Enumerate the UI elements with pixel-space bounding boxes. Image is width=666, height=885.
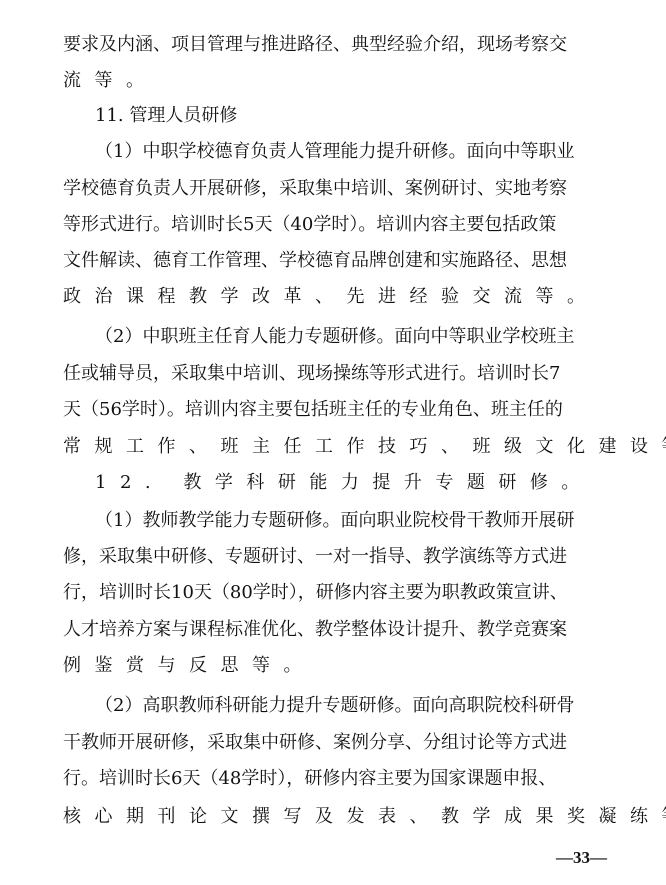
text-line: 行，培训时长10天（80学时），研修内容主要为职教政策宣讲、 (63, 578, 608, 608)
text-line: 例鉴赏与反思等。 (63, 651, 608, 681)
text-line: 文件解读、德育工作管理、学校德育品牌创建和实施路径、思想 (63, 246, 608, 276)
text-line: 11. 管理人员研修 (95, 101, 640, 131)
text-line: 天（56学时）。培训内容主要包括班主任的专业角色、班主任的 (63, 395, 608, 425)
text-line: 核心期刊论文撰写及发表、教学成果奖凝练等。 (63, 802, 608, 832)
text-line: （2）高职教师科研能力提升专题研修。面向高职院校科研骨 (95, 691, 640, 721)
text-line: 等形式进行。培训时长5天（40学时）。培训内容主要包括政策 (63, 210, 608, 240)
text-line: （2）中职班主任育人能力专题研修。面向中等职业学校班主 (95, 322, 640, 352)
text-line: 人才培养方案与课程标准优化、教学整体设计提升、教学竞赛案 (63, 615, 608, 645)
text-line: 修，采取集中研修、专题研讨、一对一指导、教学演练等方式进 (63, 542, 608, 572)
text-line: 干教师开展研修，采取集中研修、案例分享、分组讨论等方式进 (63, 728, 608, 758)
text-line: （1）教师教学能力专题研修。面向职业院校骨干教师开展研 (95, 506, 640, 536)
document-page: 要求及内涵、项目管理与推进路径、典型经验介绍，现场考察交流等。11. 管理人员研… (0, 0, 666, 885)
text-line: 学校德育负责人开展研修，采取集中培训、案例研讨、实地考察 (63, 174, 608, 204)
text-line: （1）中职学校德育负责人管理能力提升研修。面向中等职业 (95, 137, 640, 167)
text-line: 行。培训时长6天（48学时），研修内容主要为国家课题申报、 (63, 764, 608, 794)
text-line: 要求及内涵、项目管理与推进路径、典型经验介绍，现场考察交 (63, 30, 608, 60)
text-line: 12. 教学科研能力提升专题研修。 (95, 468, 640, 498)
text-line: 常规工作、班主任工作技巧、班级文化建设等。 (63, 432, 608, 462)
text-line: 任或辅导员，采取集中培训、现场操练等形式进行。培训时长7 (63, 359, 608, 389)
text-line: 政治课程教学改革、先进经验交流等。 (63, 282, 608, 312)
text-line: 流等。 (63, 66, 608, 96)
page-number: —33— (556, 845, 607, 871)
